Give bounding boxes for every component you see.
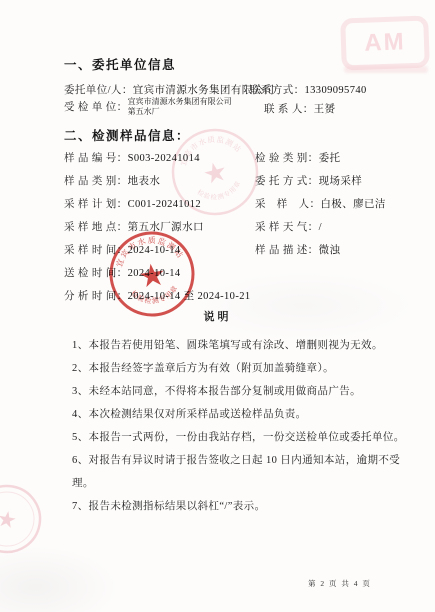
inspected-unit-label: 受 检 单 位：: [64, 102, 128, 113]
inspection-type-label: 检 验 类 别：: [255, 153, 319, 164]
inspection-type: 检 验 类 别：委托: [255, 150, 340, 165]
contact-phone-label: 联系方式：: [250, 85, 305, 96]
pink-stamp-star-icon: ★: [200, 155, 231, 190]
note-item-5: 5、本报告一式两份，一份由我站存档，一份交送检单位或委托单位。: [64, 426, 405, 449]
sampling-weather: 采 样 天 气：/: [255, 219, 322, 234]
pink-stamp-bottom-left: ★: [0, 467, 59, 571]
inspected-unit-value-line2: 第五水厂: [128, 107, 232, 117]
sample-description-value: 微浊: [319, 245, 341, 256]
row-inspected-unit: 受 检 单 位：宜宾市清源水务集团有限公司第五水厂 联 系 人：王赟: [64, 97, 409, 119]
entrust-unit-label: 委托单位/人：: [64, 85, 133, 96]
sampler: 采 样 人：白极、廖已洁: [255, 196, 386, 211]
am-watermark: AM: [340, 15, 430, 70]
sample-description: 样 品 描 述：微浊: [255, 242, 340, 257]
inspected-unit-value-line1: 宜宾市清源水务集团有限公司: [128, 97, 232, 107]
contact-person-label: 联 系 人：: [264, 104, 314, 115]
sampling-plan-label: 采 样 计 划：: [64, 199, 128, 210]
report-page: AM 一、委托单位信息 委托单位/人：宜宾市清源水务集团有限公司 联系方式：13…: [0, 0, 435, 612]
red-stamp: ★ 宜宾市水质监测站 检验检测专用章: [98, 220, 206, 328]
notes-title: 说明: [0, 308, 435, 324]
row-entrust-unit: 委托单位/人：宜宾市清源水务集团有限公司 联系方式：13309095740: [64, 82, 409, 97]
contact-phone: 联系方式：13309095740: [250, 82, 367, 97]
sample-category-label: 样 品 类 别：: [64, 176, 128, 187]
am-watermark-label: AM: [364, 28, 406, 57]
sample-category-value: 地表水: [128, 176, 161, 187]
sample-description-label: 样 品 描 述：: [255, 245, 319, 256]
entrust-mode-value: 现场采样: [319, 176, 363, 187]
sample-code-label: 样 品 编 号：: [64, 153, 128, 164]
note-item-7: 7、报告未检测指标结果以斜杠“/”表示。: [64, 495, 405, 518]
sampler-value: 白极、廖已洁: [320, 199, 385, 210]
pink-stamp-bl-star-icon: ★: [0, 505, 19, 533]
note-item-3: 3、未经本站同意，不得将本报告部分复制或用做商品广告。: [64, 380, 405, 403]
note-item-4: 4、本次检测结果仅对所采样品或送检样品负责。: [64, 403, 405, 426]
note-item-6: 6、对报告有异议时请于报告签收之日起 10 日内通知本站，逾期不受理。: [64, 449, 405, 495]
inspected-unit-value: 宜宾市清源水务集团有限公司第五水厂: [128, 97, 232, 116]
section1-title: 一、委托单位信息: [64, 55, 176, 73]
page-indicator: 第 2 页 共 4 页: [308, 578, 371, 589]
contact-phone-value: 13309095740: [305, 85, 367, 96]
sampling-weather-label: 采 样 天 气：: [255, 222, 319, 233]
sampling-weather-value: /: [319, 222, 322, 233]
contact-person-value: 王赟: [314, 104, 336, 115]
note-item-2: 2、本报告经签字盖章后方为有效（附页加盖骑缝章）。: [64, 357, 405, 380]
notes-list: 1、本报告若使用铅笔、圆珠笔填写或有涂改、增删则视为无效。 2、本报告经签字盖章…: [64, 334, 405, 518]
red-stamp-star-icon: ★: [136, 256, 168, 295]
contact-person: 联 系 人：王赟: [264, 101, 335, 116]
entrust-mode: 委 托 方 式：现场采样: [255, 173, 362, 188]
note-item-1: 1、本报告若使用铅笔、圆珠笔填写或有涂改、增删则视为无效。: [64, 334, 405, 357]
inspection-type-value: 委托: [319, 153, 341, 164]
watermark-digits-blur: [344, 66, 428, 73]
